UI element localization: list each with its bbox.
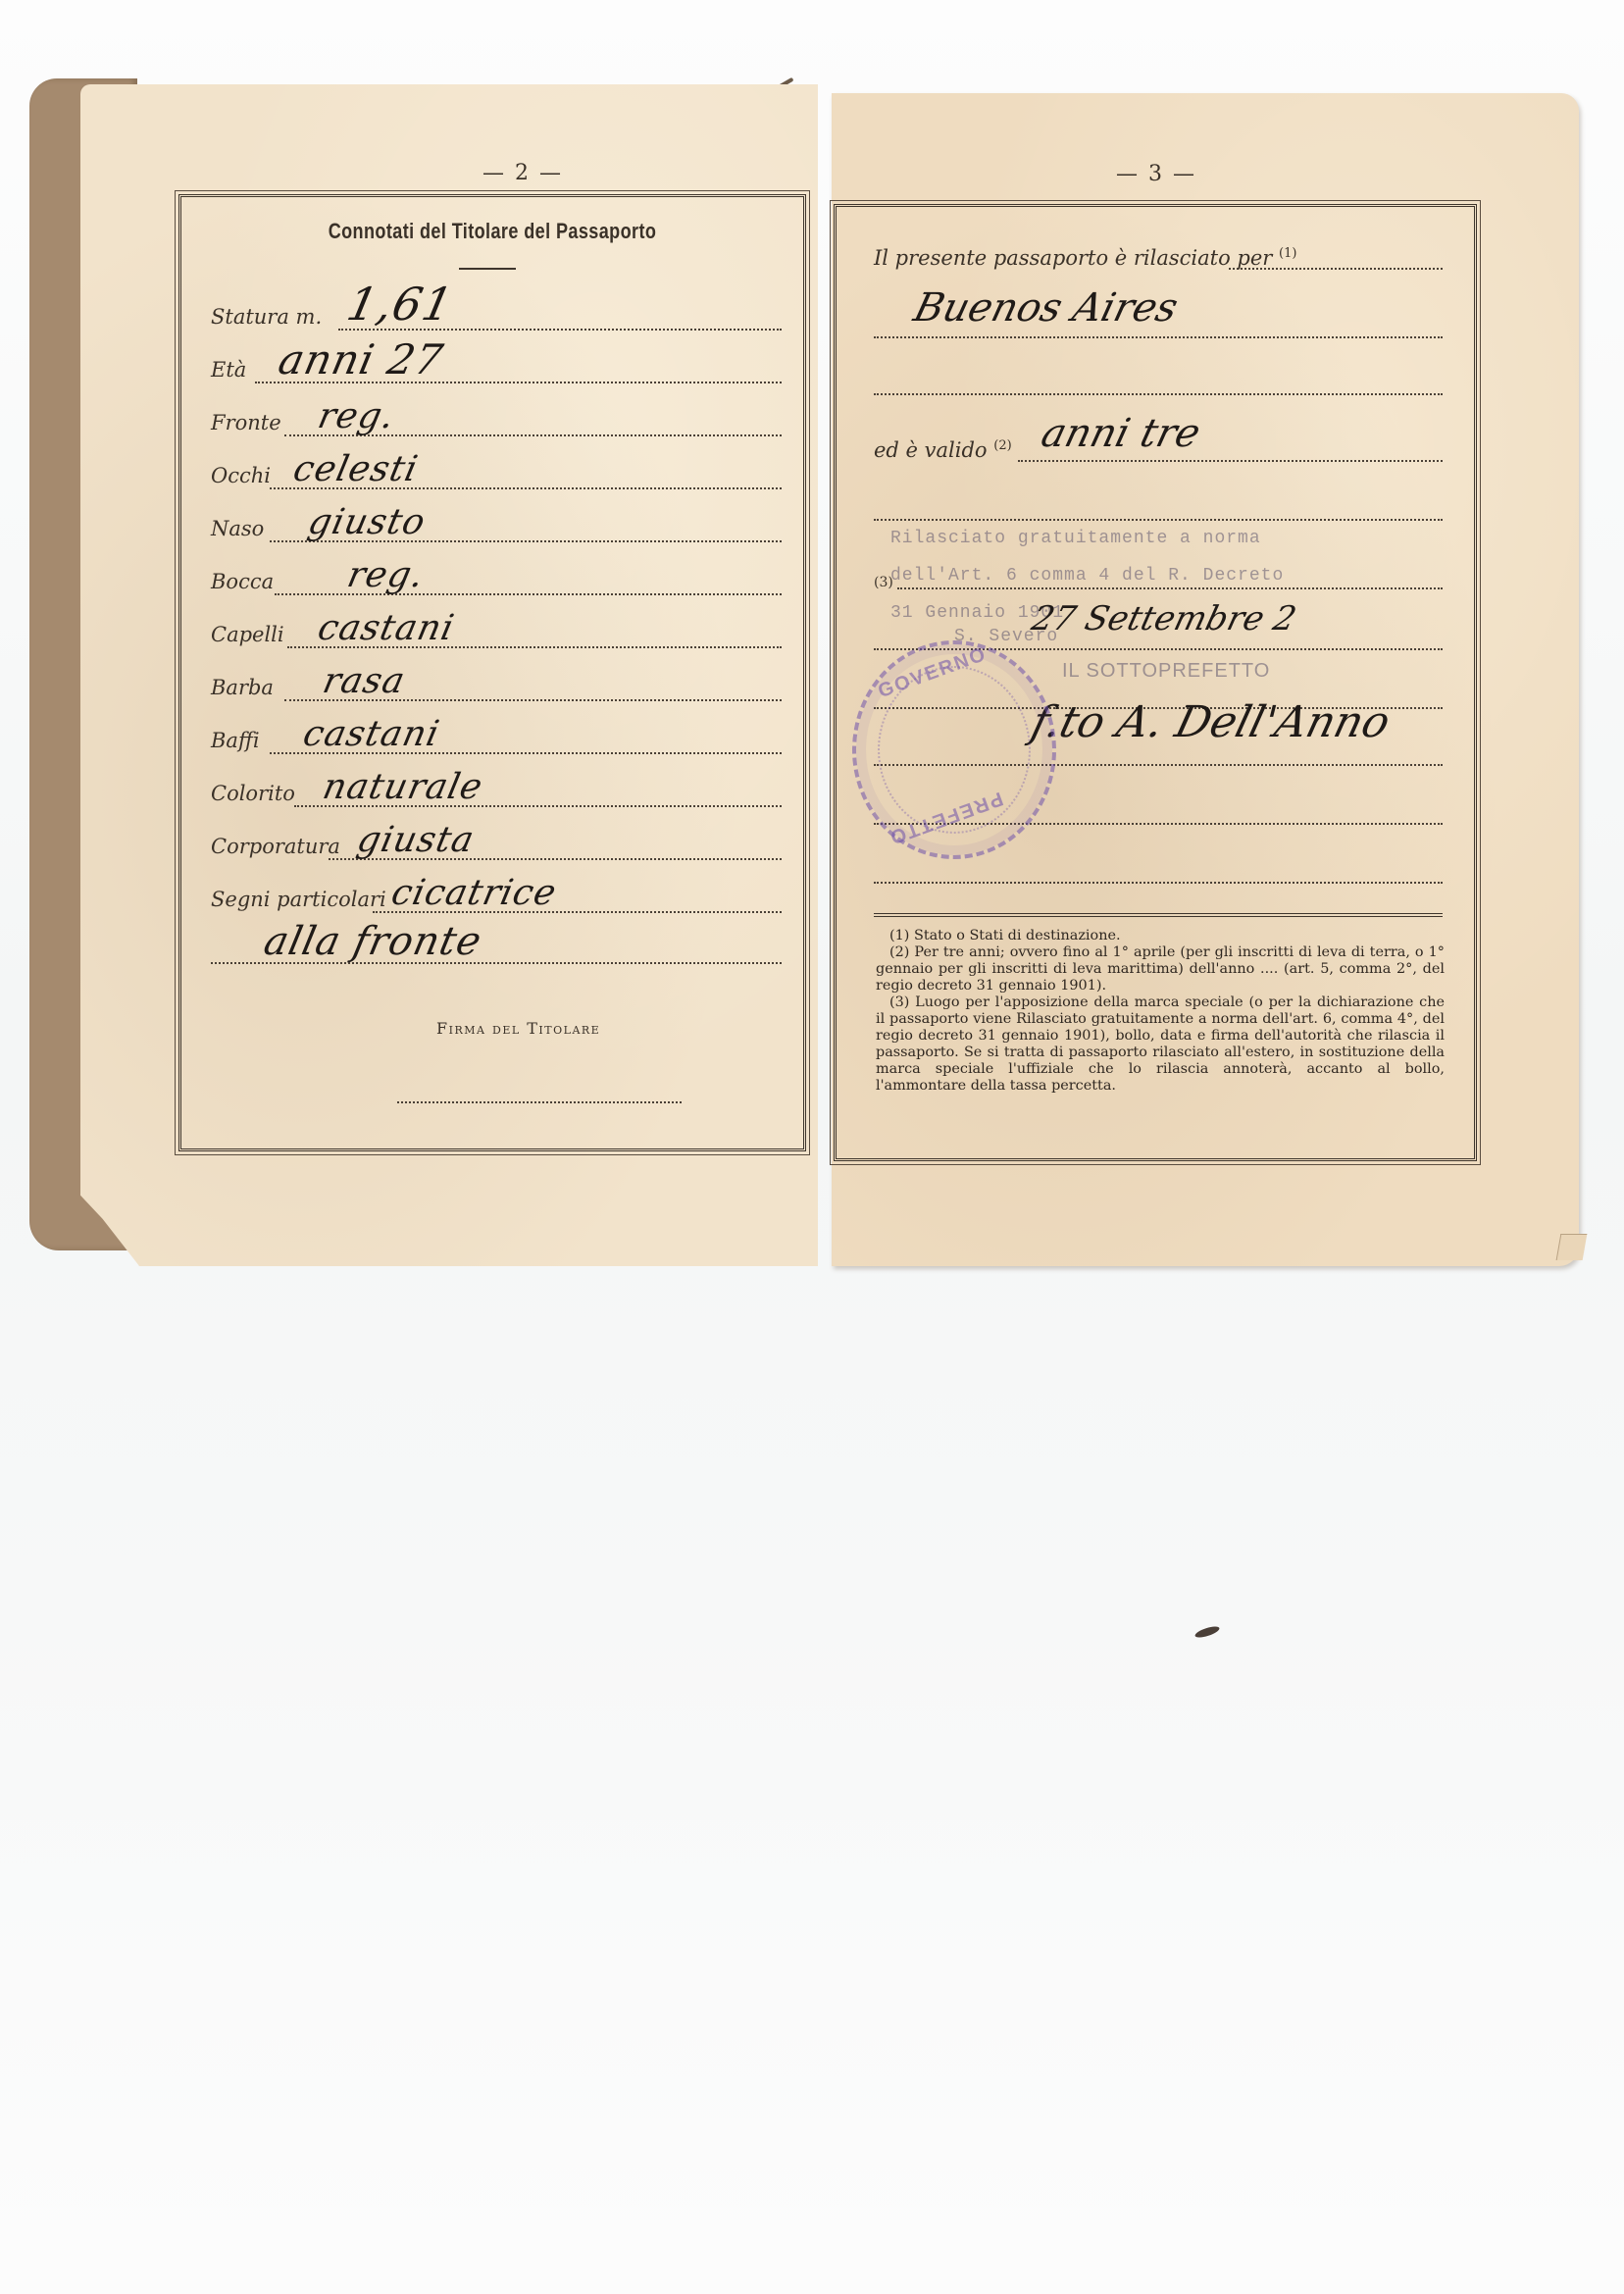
- round-official-stamp: GOVERNO PREFETTO: [852, 640, 1056, 859]
- field-segni-continuation: alla fronte: [211, 921, 782, 968]
- footnotes: (1) Stato o Stati di destinazione. (2) P…: [876, 928, 1445, 1095]
- field-label: Fronte: [211, 411, 281, 434]
- field-value: cicatrice: [388, 873, 561, 913]
- field-label: Statura m.: [211, 305, 322, 329]
- descriptors-frame: Connotati del Titolare del Passaporto St…: [178, 194, 806, 1151]
- field-value: alla fronte: [260, 919, 485, 964]
- field-value: naturale: [320, 767, 487, 807]
- dotted-line: [1229, 268, 1443, 270]
- field-label: Bocca: [211, 570, 274, 593]
- field-label: Naso: [211, 517, 264, 540]
- field-segni-particolari: Segni particolari cicatrice: [211, 870, 782, 917]
- field-barba: Barba rasa: [211, 658, 782, 705]
- field-value: reg.: [315, 396, 399, 436]
- field-label: Capelli: [211, 623, 284, 646]
- issued-for-label: Il presente passaporto è rilasciato per …: [874, 246, 1296, 270]
- field-occhi: Occhi celesti: [211, 446, 782, 493]
- field-naso: Naso giusto: [211, 499, 782, 546]
- handwritten-date: 27 Settembre 2: [1028, 599, 1300, 638]
- issuance-frame: Il presente passaporto è rilasciato per …: [834, 204, 1477, 1161]
- signature-label: Firma del Titolare: [436, 1019, 600, 1038]
- footnote-1: (1) Stato o Stati di destinazione.: [876, 928, 1445, 944]
- footnotes-rule: [874, 913, 1443, 917]
- field-value: giusta: [354, 820, 479, 860]
- typed-stamp-line: dell'Art. 6 comma 4 del R. Decreto: [890, 566, 1284, 586]
- field-value: castani: [300, 714, 443, 754]
- destination-value: Buenos Aires: [909, 285, 1182, 331]
- footnote-3: (3) Luogo per l'apposizione della marca …: [876, 994, 1445, 1095]
- dotted-line: [874, 336, 1443, 338]
- dotted-line: [874, 393, 1443, 395]
- dotted-line: [874, 519, 1443, 521]
- dotted-line: [874, 882, 1443, 884]
- field-eta: Età anni 27: [211, 340, 782, 387]
- title-rule: [459, 268, 516, 270]
- typed-stamp-line: Rilasciato gratuitamente a norma: [890, 529, 1261, 548]
- field-statura: Statura m. 1,61: [211, 287, 782, 334]
- field-label: Età: [211, 358, 246, 382]
- field-label: Corporatura: [211, 835, 340, 858]
- field-label: Colorito: [211, 782, 295, 805]
- dotted-line: [1018, 460, 1443, 462]
- field-value: 1,61: [342, 278, 458, 331]
- official-signature: f.to A. Dell'Anno: [1027, 697, 1396, 747]
- footnote-2: (2) Per tre anni; ovvero fino al 1° apri…: [876, 944, 1445, 994]
- dotted-line: [897, 587, 1443, 589]
- typed-stamp-line: IL SOTTOPREFETTO: [1062, 660, 1270, 683]
- field-label: Occhi: [211, 464, 271, 487]
- field-colorito: Colorito naturale: [211, 764, 782, 811]
- field-label: Barba: [211, 676, 274, 699]
- page-number: — 3 —: [1116, 162, 1196, 186]
- field-baffi: Baffi castani: [211, 711, 782, 758]
- footnote-ref: (2): [993, 438, 1011, 453]
- page-title: Connotati del Titolare del Passaporto: [237, 219, 747, 244]
- footnote-ref: (1): [1279, 246, 1296, 261]
- field-value: celesti: [290, 449, 422, 489]
- field-label: Baffi: [211, 729, 260, 752]
- field-fronte: Fronte reg.: [211, 393, 782, 440]
- page-number: — 2 —: [482, 161, 563, 185]
- field-value: anni 27: [275, 335, 448, 383]
- signature-line: [397, 1101, 682, 1103]
- field-value: reg.: [344, 555, 429, 595]
- field-value: rasa: [320, 661, 409, 701]
- field-label: Segni particolari: [211, 888, 386, 911]
- field-capelli: Capelli castani: [211, 605, 782, 652]
- valid-label: ed è valido (2): [874, 438, 1012, 462]
- validity-value: anni tre: [1037, 411, 1204, 456]
- field-value: castani: [315, 608, 458, 648]
- field-corporatura: Corporatura giusta: [211, 817, 782, 864]
- field-bocca: Bocca reg.: [211, 552, 782, 599]
- field-value: giusto: [305, 502, 430, 542]
- folded-corner: [1556, 1234, 1588, 1260]
